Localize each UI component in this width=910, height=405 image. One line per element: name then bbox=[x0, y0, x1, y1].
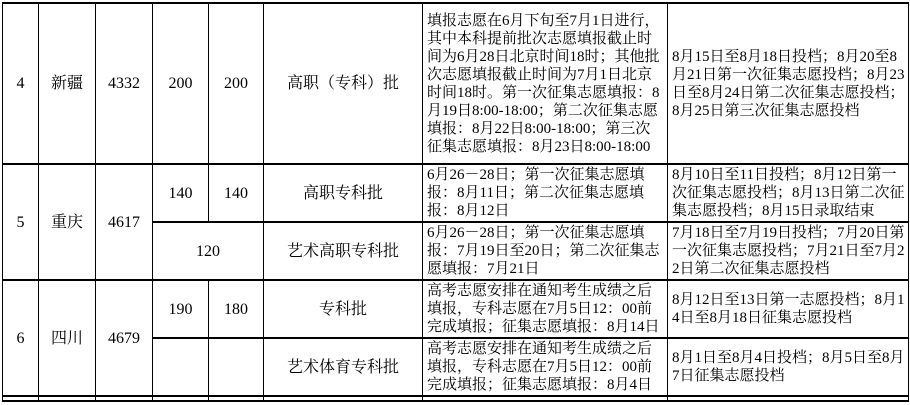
empty-cell bbox=[39, 396, 96, 401]
filling-schedule-cell: 高考志愿安排在通知考生成绩之后填报，专科志愿在7月5日12：00前完成填报；征集… bbox=[423, 280, 668, 338]
score-a-cell: 200 bbox=[153, 3, 209, 164]
archive-schedule-cell: 8月12日至13日第一志愿投档；8月14日至8月18日征集志愿投档 bbox=[668, 280, 909, 338]
province-cell: 四川 bbox=[39, 280, 96, 396]
archive-schedule-cell: 8月1日至8月4日投档；8月5日至8月7日征集志愿投档 bbox=[668, 338, 909, 396]
code-cell: 4332 bbox=[96, 3, 153, 164]
empty-cell bbox=[423, 396, 668, 401]
batch-cell: 艺术高职专科批 bbox=[264, 222, 423, 280]
empty-cell bbox=[209, 396, 264, 401]
serial-cell: 5 bbox=[3, 164, 39, 280]
table-row: 4 新疆 4332 200 200 高职（专科）批 填报志愿在6月下旬至7月1日… bbox=[3, 3, 909, 164]
batch-cell: 专科批 bbox=[264, 280, 423, 338]
batch-cell: 高职（专科）批 bbox=[264, 3, 423, 164]
archive-schedule-cell: 8月10日至11日投档；8月12日第一次征集志愿投档；8月13日第二次征集志愿投… bbox=[668, 164, 909, 222]
province-cell: 新疆 bbox=[39, 3, 96, 164]
score-b-cell: 140 bbox=[209, 164, 264, 222]
admission-schedule-table: 4 新疆 4332 200 200 高职（专科）批 填报志愿在6月下旬至7月1日… bbox=[2, 2, 909, 402]
score-a-cell: 190 bbox=[153, 280, 209, 338]
score-merged-cell: 120 bbox=[153, 222, 264, 280]
archive-schedule-cell: 7月18日至7月19日投档；7月20日第一次征集志愿投档；7月21日至7月22日… bbox=[668, 222, 909, 280]
score-a-cell-empty bbox=[153, 338, 209, 396]
serial-cell: 6 bbox=[3, 280, 39, 396]
batch-cell: 艺术体育专科批 bbox=[264, 338, 423, 396]
filling-schedule-cell: 填报志愿在6月下旬至7月1日进行，其中本科提前批次志愿填报截止时间为6月28日北… bbox=[423, 3, 668, 164]
empty-cell bbox=[96, 396, 153, 401]
table-row: 6 四川 4679 190 180 专科批 高考志愿安排在通知考生成绩之后填报，… bbox=[3, 280, 909, 338]
score-b-cell: 200 bbox=[209, 3, 264, 164]
empty-cell bbox=[153, 396, 209, 401]
code-cell: 4679 bbox=[96, 280, 153, 396]
serial-cell: 4 bbox=[3, 3, 39, 164]
score-a-cell: 140 bbox=[153, 164, 209, 222]
empty-cell bbox=[264, 396, 423, 401]
batch-cell: 高职专科批 bbox=[264, 164, 423, 222]
empty-cell bbox=[3, 396, 39, 401]
province-cell: 重庆 bbox=[39, 164, 96, 280]
filling-schedule-cell: 高考志愿安排在通知考生成绩之后填报，专科志愿在7月5日12：00前完成填报；征集… bbox=[423, 338, 668, 396]
score-b-cell-empty bbox=[209, 338, 264, 396]
empty-cell bbox=[668, 396, 909, 401]
table-row: 5 重庆 4617 140 140 高职专科批 6月26－28日；第一次征集志愿… bbox=[3, 164, 909, 222]
score-b-cell: 180 bbox=[209, 280, 264, 338]
archive-schedule-cell: 8月15日至8月18日投档；8月20至8月21日第一次征集志愿投档；8月23日至… bbox=[668, 3, 909, 164]
filling-schedule-cell: 6月26－28日；第一次征集志愿填报：8月11日；第二次征集志愿填报：8月12日 bbox=[423, 164, 668, 222]
code-cell: 4617 bbox=[96, 164, 153, 280]
filling-schedule-cell: 6月26－28日；第一次征集志愿填报：7月19日至20日；第二次征集志愿填报：7… bbox=[423, 222, 668, 280]
cropped-next-row bbox=[3, 396, 909, 401]
